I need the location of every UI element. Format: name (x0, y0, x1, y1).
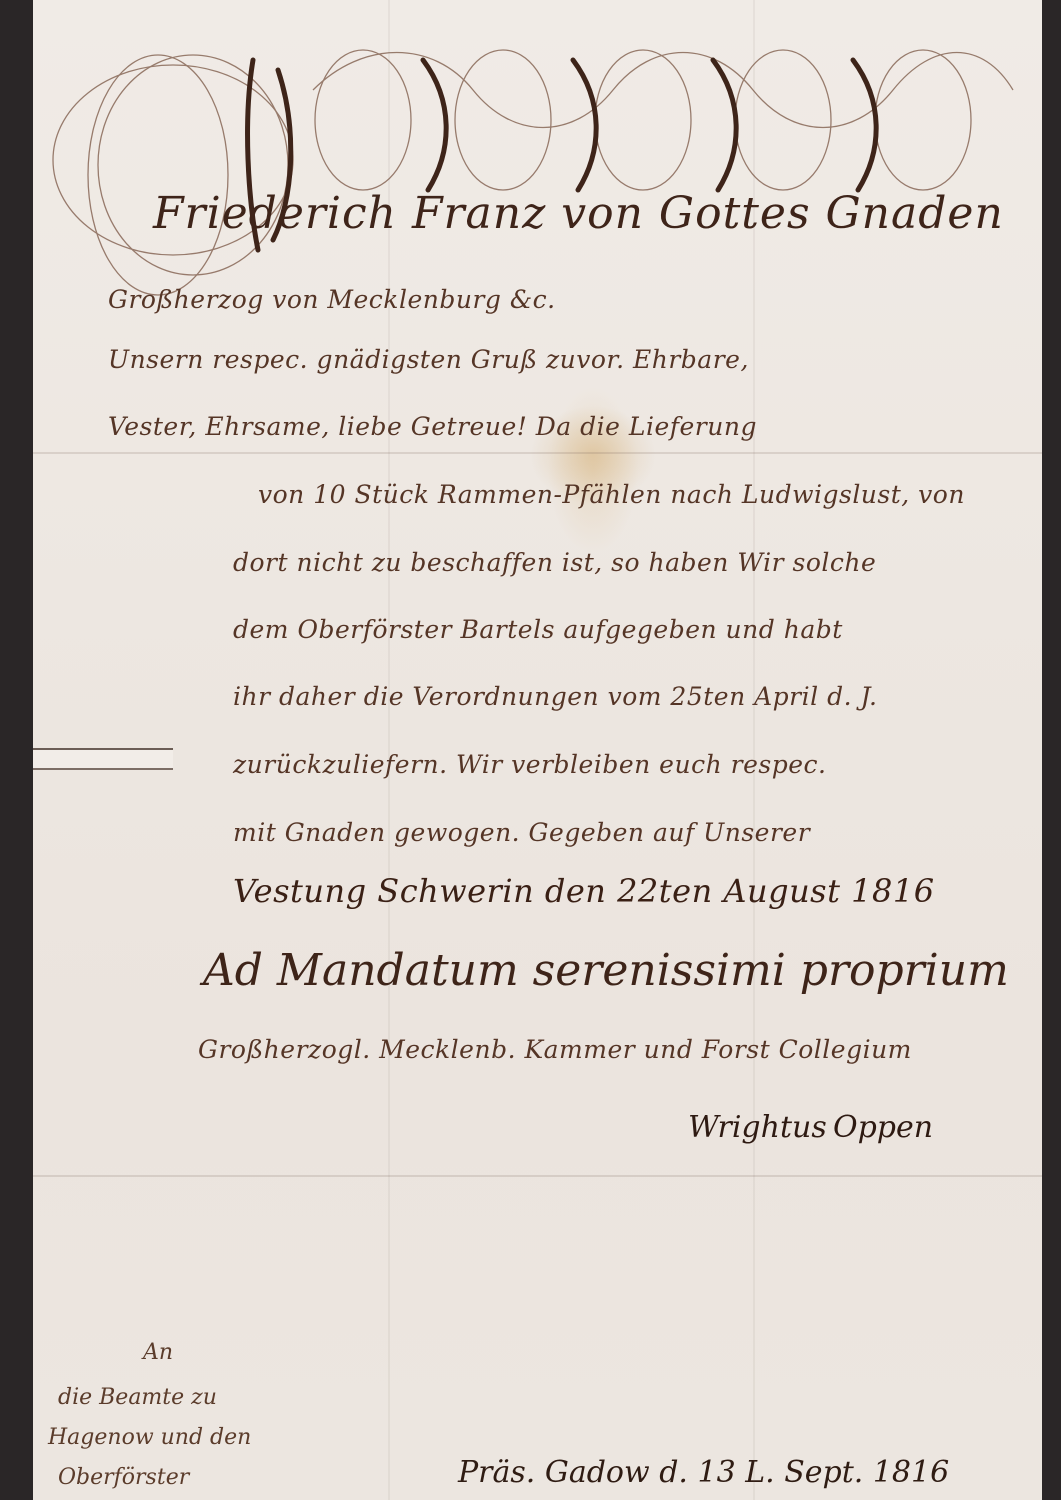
address-line-1: An (143, 1340, 173, 1365)
body-line-5: dort nicht zu beschaffen ist, so haben W… (233, 548, 876, 577)
calligraphic-flourish (33, 0, 1042, 330)
fold-line (33, 452, 1042, 454)
body-line-10-date: Vestung Schwerin den 22ten August 1816 (233, 872, 935, 910)
body-line-4: von 10 Stück Rammen-Pfählen nach Ludwigs… (258, 480, 965, 509)
authority-line: Großherzogl. Mecklenb. Kammer und Forst … (198, 1035, 912, 1064)
body-line-9: mit Gnaden gewogen. Gegeben auf Unserer (233, 818, 810, 847)
signature-1: Wrightus (688, 1110, 827, 1145)
fold-line (388, 0, 390, 1500)
body-line-3: Vester, Ehrsame, liebe Getreue! Da die L… (108, 412, 757, 441)
receipt-note: Präs. Gadow d. 13 L. Sept. 1816 (458, 1455, 949, 1490)
body-line-1: Großherzog von Mecklenburg &c. (108, 285, 556, 314)
fold-line (753, 0, 755, 1500)
body-line-8: zurückzuliefern. Wir verbleiben euch res… (233, 750, 826, 779)
address-line-3: Hagenow und den (48, 1425, 251, 1450)
address-line-4: Oberförster (58, 1465, 189, 1490)
signature-2: Oppen (833, 1110, 933, 1145)
body-line-6: dem Oberförster Bartels aufgegeben und h… (233, 615, 843, 644)
fold-line (33, 1175, 1042, 1177)
paper-tear (33, 748, 173, 770)
body-line-7: ihr daher die Verordnungen vom 25ten Apr… (233, 682, 878, 711)
address-line-2: die Beamte zu (58, 1385, 217, 1410)
mandate-line: Ad Mandatum serenissimi proprium (203, 945, 1009, 996)
letter-page: Friederich Franz von Gottes Gnaden Großh… (33, 0, 1042, 1500)
letter-heading: Friederich Franz von Gottes Gnaden (153, 188, 1004, 239)
body-line-2: Unsern respec. gnädigsten Gruß zuvor. Eh… (108, 345, 749, 374)
